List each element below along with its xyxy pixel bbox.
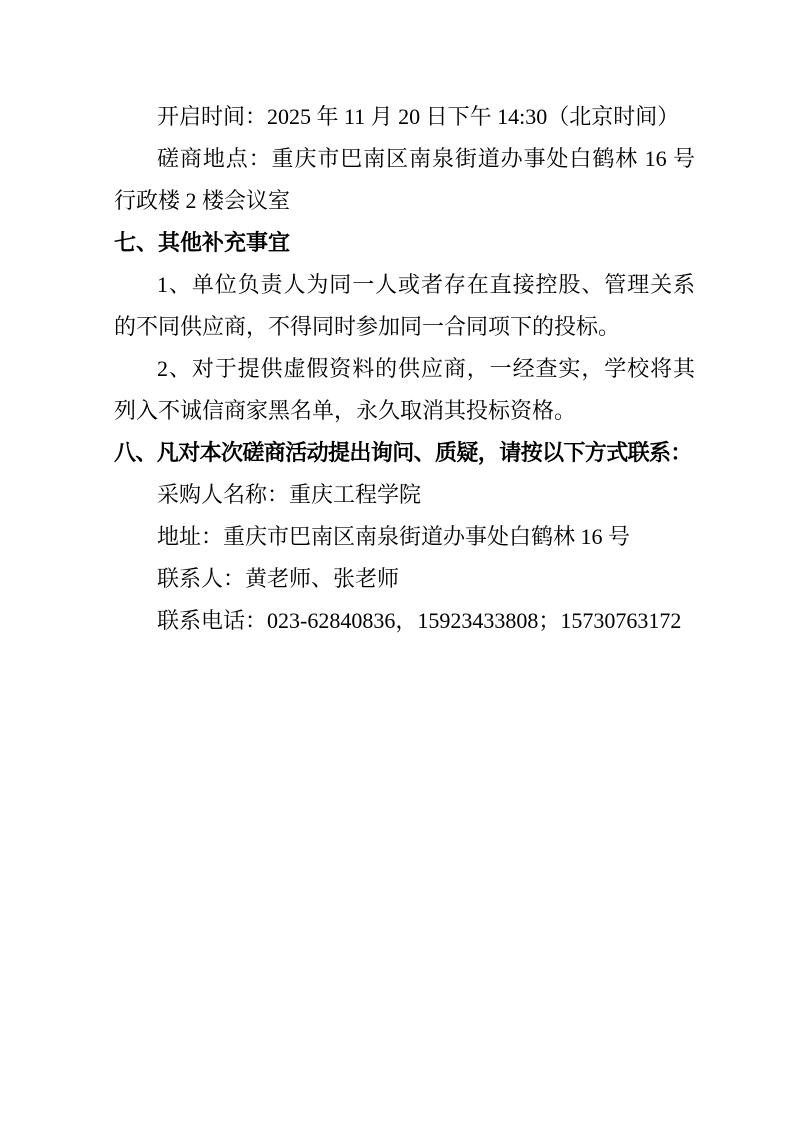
document-page: 开启时间：2025 年 11 月 20 日下午 14:30（北京时间） 磋商地点… [0,0,794,1122]
venue-line-1: 磋商地点：重庆市巴南区南泉街道办事处白鹤林 16 号 [114,138,695,180]
section-7-heading: 七、其他补充事宜 [114,222,695,264]
purchaser-address-line: 地址：重庆市巴南区南泉街道办事处白鹤林 16 号 [114,516,695,558]
contact-person-line: 联系人：黄老师、张老师 [114,558,695,600]
clause-2-line-1: 2、对于提供虚假资料的供应商，一经查实，学校将其 [114,348,695,390]
clause-2-line-2: 列入不诚信商家黑名单，永久取消其投标资格。 [114,390,695,432]
contact-phone-line: 联系电话：023-62840836，15923433808；1573076317… [114,600,695,642]
opening-time-line: 开启时间：2025 年 11 月 20 日下午 14:30（北京时间） [114,96,695,138]
section-8-heading: 八、凡对本次磋商活动提出询问、质疑，请按以下方式联系： [114,432,695,474]
purchaser-name-line: 采购人名称：重庆工程学院 [114,474,695,516]
venue-line-2: 行政楼 2 楼会议室 [114,180,695,222]
clause-1-line-1: 1、单位负责人为同一人或者存在直接控股、管理关系 [114,264,695,306]
clause-1-line-2: 的不同供应商，不得同时参加同一合同项下的投标。 [114,306,695,348]
document-body: 开启时间：2025 年 11 月 20 日下午 14:30（北京时间） 磋商地点… [114,96,695,642]
